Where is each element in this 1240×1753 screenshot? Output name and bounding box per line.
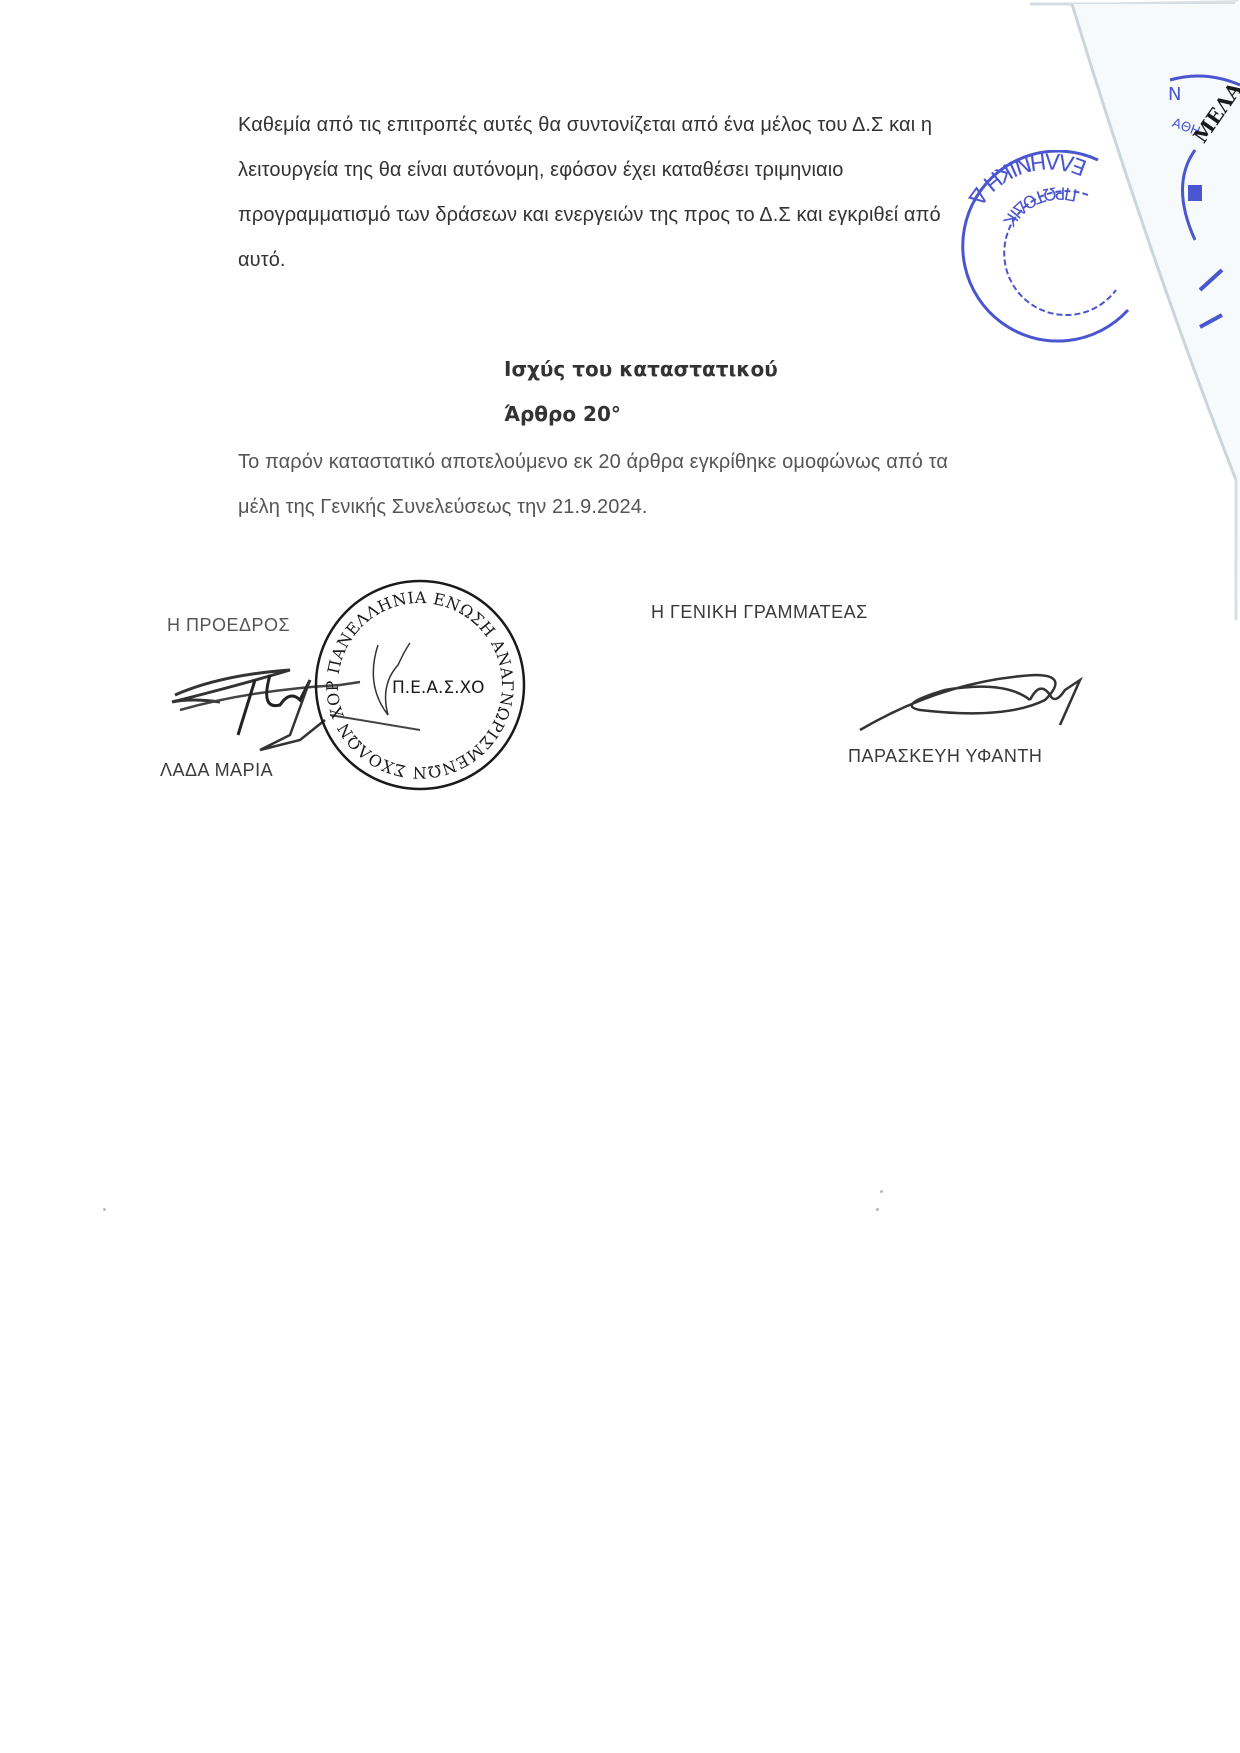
association-stamp: ΠΑΝΕΛΛΗΝΙΑ ΕΝΩΣΗ ΑΝΑΓΝΩΡΙΣΜΕΝΩΝ ΣΧΟΛΩΝ Χ…	[310, 575, 530, 795]
text-line: Καθεμία από τις επιτροπές αυτές θα συντο…	[238, 103, 1098, 148]
text-line: Το παρόν καταστατικό αποτελούμενο εκ 20 …	[238, 440, 1098, 485]
document-page: Καθεμία από τις επιτροπές αυτές θα συντο…	[0, 0, 1240, 1753]
scan-speck	[880, 1190, 883, 1193]
secretary-title: Η ΓΕΝΙΚΗ ΓΡΑΜΜΑΤΕΑΣ	[651, 602, 868, 623]
court-stamp: ΕΛΛΗΝΙΚΗ Δ ΠΡΩΤΟΔΙΚ	[938, 150, 1138, 350]
text-line: μέλη της Γενικής Συνελεύσεως την 21.9.20…	[238, 485, 1098, 530]
svg-text:ΠΡΩΤΟΔΙΚ: ΠΡΩΤΟΔΙΚ	[998, 182, 1079, 230]
secretary-signature	[855, 655, 1095, 745]
scan-speck	[103, 1208, 106, 1211]
svg-text:ΜΕΛΑ: ΜΕΛΑ	[1188, 77, 1240, 147]
paragraph-validity: Το παρόν καταστατικό αποτελούμενο εκ 20 …	[238, 440, 1098, 530]
president-name: ΛΑΔΑ ΜΑΡΙΑ	[160, 760, 273, 781]
president-title: Η ΠΡΟΕΔΡΟΣ	[167, 615, 290, 636]
scan-speck	[876, 1208, 879, 1211]
article-heading: Άρθρο 20°	[504, 402, 621, 426]
svg-text:Π.Ε.Α.Σ.ΧΟ: Π.Ε.Α.Σ.ΧΟ	[392, 678, 485, 698]
edge-stamp: Ν ΑΘΗ ΜΕΛΑ	[1160, 55, 1240, 355]
svg-text:Ν: Ν	[1168, 84, 1181, 105]
secretary-name: ΠΑΡΑΣΚΕΥΗ ΥΦΑΝΤΗ	[848, 746, 1042, 767]
section-title: Ισχύς του καταστατικού	[504, 357, 778, 381]
